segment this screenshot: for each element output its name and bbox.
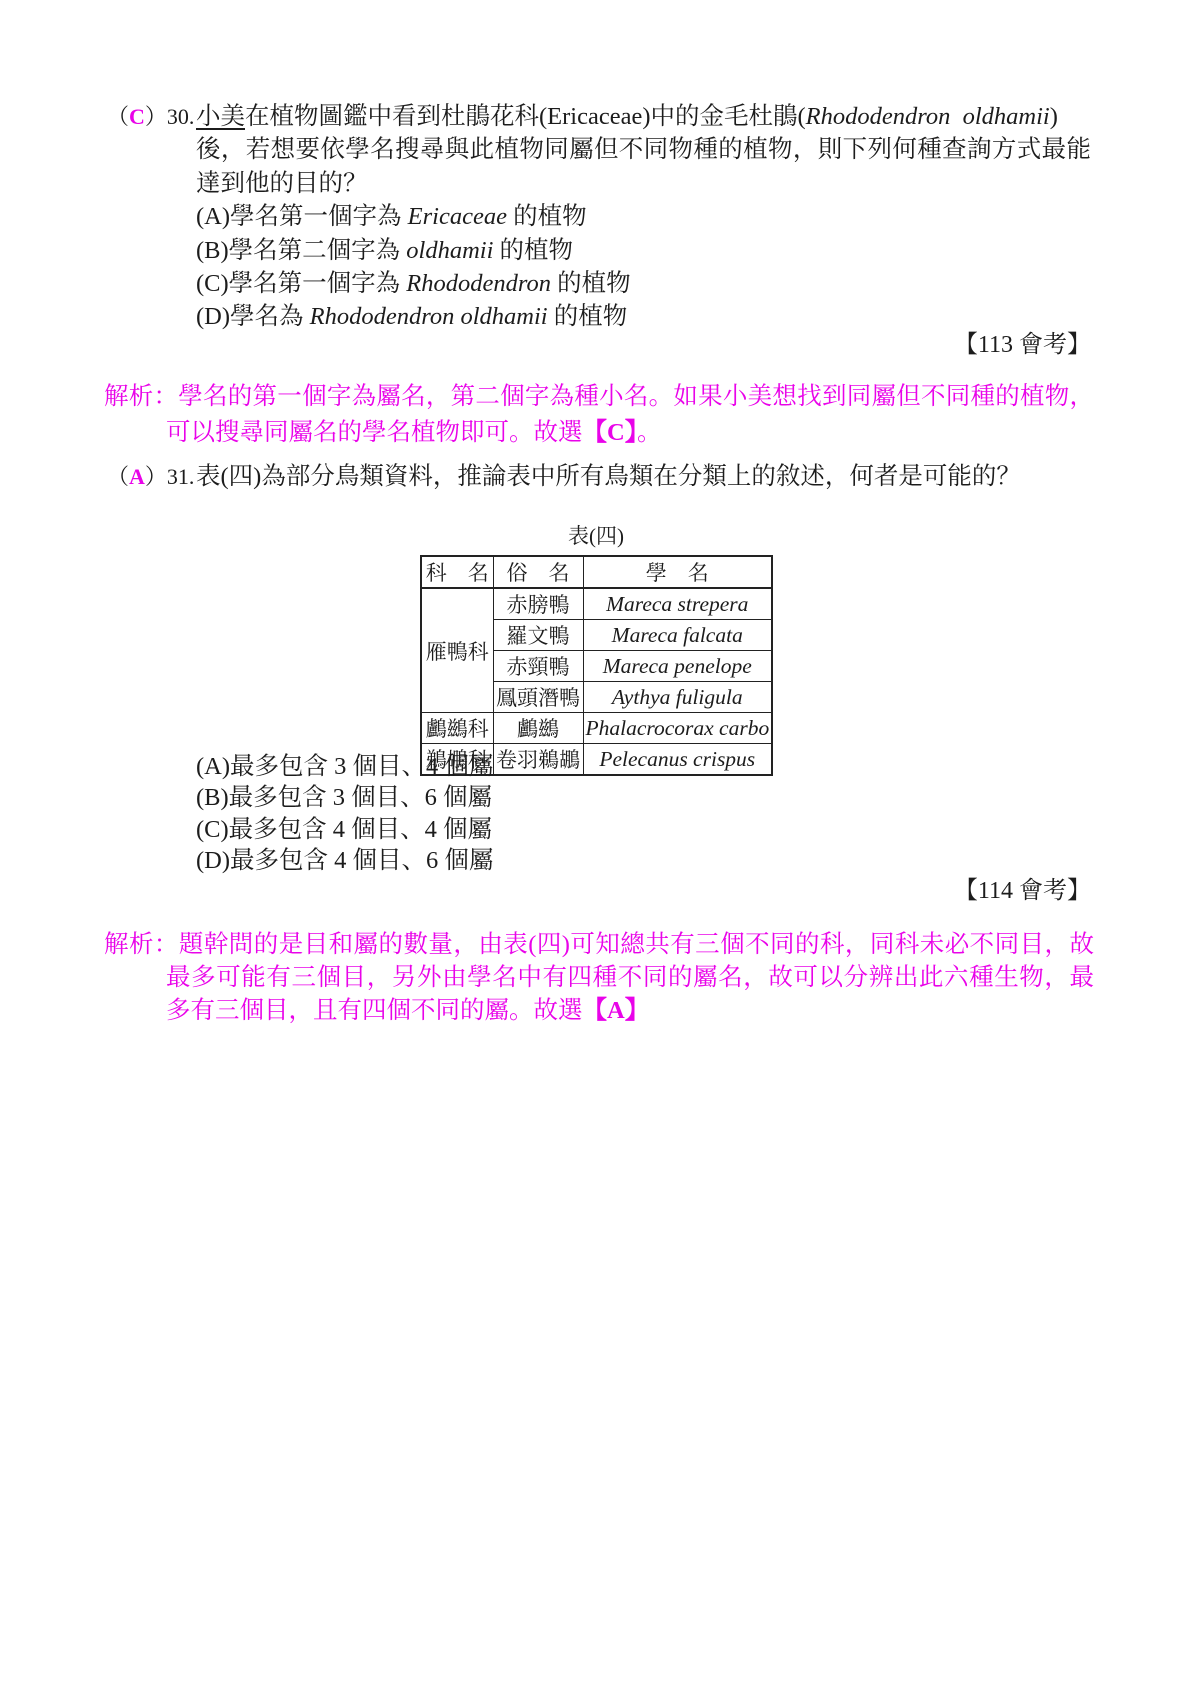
text-segment: 在植物圖鑑中看到杜鵑花科(Ericaceae)中的金毛杜鵑( bbox=[245, 103, 806, 130]
text-segment: 【A】 bbox=[583, 997, 650, 1024]
question-30-stem-line-2: 後，若想要依學名搜尋與此植物同屬但不同物種的植物，則下列何種查詢方式最能 bbox=[196, 133, 1091, 166]
bird-table-block: 表(四) 科 名 俗 名 學 名 雁鴨科 赤膀鴨 Mareca strepera… bbox=[420, 521, 772, 776]
question-30-explanation-line-1: 解析：學名的第一個字為屬名，第二個字為種小名。如果小美想找到同屬但不同種的植物， bbox=[104, 379, 1094, 415]
cell-scientific: Mareca falcata bbox=[583, 620, 772, 651]
question-30: （C）30. 小美在植物圖鑑中看到杜鵑花科(Ericaceae)中的金毛杜鵑(R… bbox=[107, 100, 1091, 334]
question-30-explanation: 解析：學名的第一個字為屬名，第二個字為種小名。如果小美想找到同屬但不同種的植物，… bbox=[104, 379, 1094, 451]
question-31-explanation-line-2: 最多可能有三個目，另外由學名中有四種不同的屬名，故可以分辨出此六種生物，最 bbox=[104, 961, 1094, 994]
text-segment: 【C】 bbox=[583, 419, 637, 446]
cell-scientific: Mareca penelope bbox=[583, 651, 772, 682]
text-segment: (B)學名第二個字為 bbox=[196, 237, 406, 264]
question-31-body: 表(四)為部分鳥類資料，推論表中所有鳥類在分類上的敘述，何者是可能的？ bbox=[107, 460, 1091, 493]
question-31-option-c: (C)最多包含 4 個目、4 個屬 bbox=[196, 814, 896, 845]
text-segment: Ericaceae bbox=[408, 203, 507, 230]
text-segment: (C)最多包含 4 個目、4 個屬 bbox=[196, 816, 492, 843]
question-31: （A）31. 表(四)為部分鳥類資料，推論表中所有鳥類在分類上的敘述，何者是可能… bbox=[107, 460, 1091, 493]
bird-table-header-row: 科 名 俗 名 學 名 bbox=[421, 556, 772, 588]
question-30-option-b: (B)學名第二個字為 oldhamii 的植物 bbox=[196, 234, 1091, 267]
text-segment: 多有三個目，且有四個不同的屬。故選 bbox=[166, 997, 583, 1024]
question-30-source-tag: 【113 會考】 bbox=[107, 330, 1091, 360]
text-segment: (B)最多包含 3 個目、6 個屬 bbox=[196, 784, 492, 811]
explanation-label: 解析： bbox=[104, 931, 179, 958]
text-segment: (C)學名第一個字為 bbox=[196, 270, 406, 297]
question-30-option-d: (D)學名為 Rhododendron oldhamii 的植物 bbox=[196, 300, 1091, 333]
text-segment: (A)最多包含 3 個目、4 個屬 bbox=[196, 753, 493, 780]
cell-scientific: Mareca strepera bbox=[583, 588, 772, 620]
question-30-explanation-line-2: 可以搜尋同屬名的學名植物即可。故選【C】。 bbox=[104, 415, 1094, 451]
text-segment: (D)最多包含 4 個目、6 個屬 bbox=[196, 847, 493, 874]
text-segment: 的植物 bbox=[507, 203, 587, 230]
text-segment: Rhododendron oldhamii bbox=[310, 303, 548, 330]
question-30-option-a: (A)學名第一個字為 Ericaceae 的植物 bbox=[196, 200, 1091, 233]
cell-scientific: Phalacrocorax carbo bbox=[583, 713, 772, 744]
text-segment: 學名的第一個字為屬名，第二個字為種小名。如果小美想找到同屬但不同種的植物， bbox=[178, 383, 1094, 410]
explanation-text: 題幹問的是目和屬的數量，由表(四)可知總共有三個不同的科，同科未必不同目，故 bbox=[179, 931, 1094, 958]
cell-scientific: Aythya fuligula bbox=[583, 682, 772, 713]
header-family: 科 名 bbox=[421, 556, 493, 588]
text-segment: 最多可能有三個目，另外由學名中有四種不同的屬名，故可以分辨出此六種生物，最 bbox=[166, 964, 1094, 991]
cell-common: 羅文鴨 bbox=[493, 620, 583, 651]
table-row: 鸕鷀科 鸕鷀 Phalacrocorax carbo bbox=[421, 713, 772, 744]
question-31-source-tag: 【114 會考】 bbox=[107, 876, 1091, 906]
question-30-stem-line-1: 小美在植物圖鑑中看到杜鵑花科(Ericaceae)中的金毛杜鵑(Rhododen… bbox=[196, 100, 1091, 133]
question-31-option-b: (B)最多包含 3 個目、6 個屬 bbox=[196, 782, 896, 813]
cell-common: 赤頸鴨 bbox=[493, 651, 583, 682]
text-segment: (D)學名為 bbox=[196, 303, 310, 330]
text-segment: 後，若想要依學名搜尋與此植物同屬但不同物種的植物，則下列何種查詢方式最能 bbox=[196, 136, 1091, 163]
text-segment: 的植物 bbox=[548, 303, 628, 330]
text-segment: 小美 bbox=[196, 103, 245, 130]
text-segment: 達到他的目的？ bbox=[196, 170, 368, 197]
question-30-option-c: (C)學名第一個字為 Rhododendron 的植物 bbox=[196, 267, 1091, 300]
text-segment: ) bbox=[1050, 103, 1058, 130]
text-segment: oldhamii bbox=[406, 237, 493, 264]
question-30-body: 小美在植物圖鑑中看到杜鵑花科(Ericaceae)中的金毛杜鵑(Rhododen… bbox=[107, 100, 1091, 334]
question-31-options: (A)最多包含 3 個目、4 個屬 (B)最多包含 3 個目、6 個屬 (C)最… bbox=[196, 751, 896, 876]
cell-common: 鸕鷀 bbox=[493, 713, 583, 744]
header-common-name: 俗 名 bbox=[493, 556, 583, 588]
text-segment: 表(四)為部分鳥類資料，推論表中所有鳥類在分類上的敘述，何者是可能的？ bbox=[196, 463, 1021, 490]
question-30-stem-line-3: 達到他的目的？ bbox=[196, 167, 1091, 200]
cell-common: 赤膀鴨 bbox=[493, 588, 583, 620]
question-31-explanation-line-1: 解析：題幹問的是目和屬的數量，由表(四)可知總共有三個不同的科，同科未必不同目，… bbox=[104, 928, 1094, 961]
text-segment: 題幹問的是目和屬的數量，由表(四)可知總共有三個不同的科，同科未必不同目，故 bbox=[179, 931, 1094, 958]
text-segment: 可以搜尋同屬名的學名植物即可。故選 bbox=[166, 419, 583, 446]
text-segment: Rhododendron bbox=[406, 270, 551, 297]
cell-common: 鳳頭潛鴨 bbox=[493, 682, 583, 713]
text-segment: Rhododendron oldhamii bbox=[806, 103, 1050, 130]
cell-family: 雁鴨科 bbox=[421, 588, 493, 713]
question-31-stem-line-1: 表(四)為部分鳥類資料，推論表中所有鳥類在分類上的敘述，何者是可能的？ bbox=[196, 460, 1091, 493]
bird-table-title: 表(四) bbox=[420, 521, 772, 551]
explanation-label: 解析： bbox=[104, 383, 178, 410]
bird-table: 科 名 俗 名 學 名 雁鴨科 赤膀鴨 Mareca strepera 羅文鴨 … bbox=[420, 555, 773, 776]
exam-answer-page: （C）30. 小美在植物圖鑑中看到杜鵑花科(Ericaceae)中的金毛杜鵑(R… bbox=[0, 0, 1191, 1684]
text-segment: 的植物 bbox=[551, 270, 631, 297]
table-row: 雁鴨科 赤膀鴨 Mareca strepera bbox=[421, 588, 772, 620]
text-segment: 的植物 bbox=[493, 237, 573, 264]
question-31-option-a: (A)最多包含 3 個目、4 個屬 bbox=[196, 751, 896, 782]
text-segment: 。 bbox=[637, 419, 662, 446]
explanation-text: 學名的第一個字為屬名，第二個字為種小名。如果小美想找到同屬但不同種的植物， bbox=[178, 383, 1094, 410]
question-31-option-d: (D)最多包含 4 個目、6 個屬 bbox=[196, 845, 896, 876]
text-segment: (A)學名第一個字為 bbox=[196, 203, 408, 230]
question-31-explanation-line-3: 多有三個目，且有四個不同的屬。故選【A】 bbox=[104, 994, 1094, 1027]
question-31-explanation: 解析：題幹問的是目和屬的數量，由表(四)可知總共有三個不同的科，同科未必不同目，… bbox=[104, 928, 1094, 1028]
cell-family: 鸕鷀科 bbox=[421, 713, 493, 744]
header-scientific-name: 學 名 bbox=[583, 556, 772, 588]
